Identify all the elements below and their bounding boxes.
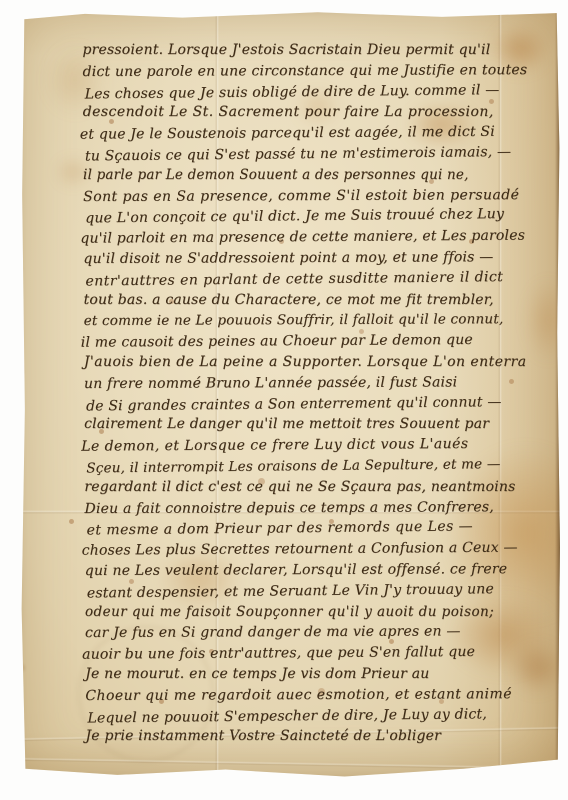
ink-bleedthrough-mark: Le demon, et Lorsque ce frere Luy dict v… xyxy=(20,258,23,276)
manuscript-line-16: J'auois bien de La peine a Supporter. Lo… xyxy=(84,352,556,373)
ink-bleedthrough-mark: et mesme a dom Prieur par des remords qu… xyxy=(20,476,23,494)
manuscript-line-21: Sçeu, il interrompit Les oraisons de La … xyxy=(86,453,558,479)
manuscript-text: pressoient. Lorsque J'estois Sacristain … xyxy=(82,39,557,748)
manuscript-line-31: Je ne mourut. en ce temps Je vis dom Pri… xyxy=(85,664,557,685)
manuscript-line-1: pressoient. Lorsque J'estois Sacristain … xyxy=(83,40,555,61)
ink-bleedthrough-mark: qui ne Les veulent declarer, Lorsqu'il e… xyxy=(20,618,22,648)
manuscript-line-7: il parle par Le demon Souuent a des pers… xyxy=(83,165,555,186)
ink-bleedthrough-mark: car Je fus en Si grand danger de ma vie … xyxy=(20,700,24,724)
ink-bleedthrough-mark: regardant il dict c'est ce qui ne Se Sça… xyxy=(20,362,24,378)
scanned-letter-photo: Le demon, et Lorsque ce frere Luy dict v… xyxy=(0,0,568,800)
letter-page: Le demon, et Lorsque ce frere Luy dict v… xyxy=(20,10,561,778)
manuscript-line-19: clairement Le danger qu'il me mettoit tr… xyxy=(84,414,556,435)
manuscript-line-28: odeur qui me faisoit Soupçonner qu'il y … xyxy=(85,602,557,623)
manuscript-line-3: Les choses que Je suis obligé de dire de… xyxy=(85,79,557,105)
manuscript-line-29: car Je fus en Si grand danger de ma vie … xyxy=(85,621,557,644)
manuscript-line-14: et comme ie ne Le pouuois Souffrir, il f… xyxy=(84,309,556,332)
manuscript-line-22: regardant il dict c'est ce qui ne Se Sça… xyxy=(84,477,556,498)
ink-bleedthrough-mark: estant despensier, et me Seruant Le Vin … xyxy=(20,646,26,674)
bottom-crease-2 xyxy=(20,757,561,770)
manuscript-line-27: estant despensier, et me Seruant Le Vin … xyxy=(87,578,559,604)
manuscript-line-2: dict une parole en une circonstance qui … xyxy=(83,60,555,83)
manuscript-line-6: tu Sçauois ce qui S'est passé tu ne m'es… xyxy=(85,141,557,167)
manuscript-line-4: descendoit Le St. Sacrement pour faire L… xyxy=(83,102,555,123)
manuscript-line-10: qu'il parloit en ma presence de cette ma… xyxy=(80,226,552,250)
manuscript-line-13: tout bas. a cause du Charactere, ce mot … xyxy=(84,290,556,311)
manuscript-line-30: auoir bu une fois entr'auttres, que peu … xyxy=(82,641,554,665)
manuscript-line-32: Choeur qui me regardoit auec esmotion, e… xyxy=(85,684,557,707)
manuscript-line-12: entr'auttres en parlant de cette susditt… xyxy=(85,266,557,292)
manuscript-line-17: un frere nommé Bruno L'année passée, il … xyxy=(84,372,556,395)
manuscript-line-33: Lequel ne pouuoit S'empescher de dire, J… xyxy=(87,703,559,729)
manuscript-line-34: Je prie instamment Vostre Saincteté de L… xyxy=(85,726,557,747)
manuscript-line-25: choses Les plus Secrettes retournent a C… xyxy=(82,537,554,561)
page-right-edge-shadow xyxy=(555,10,561,778)
manuscript-line-18: de Si grandes craintes a Son enterrement… xyxy=(86,391,558,417)
manuscript-line-15: il me causoit des peines au Choeur par L… xyxy=(81,330,553,354)
